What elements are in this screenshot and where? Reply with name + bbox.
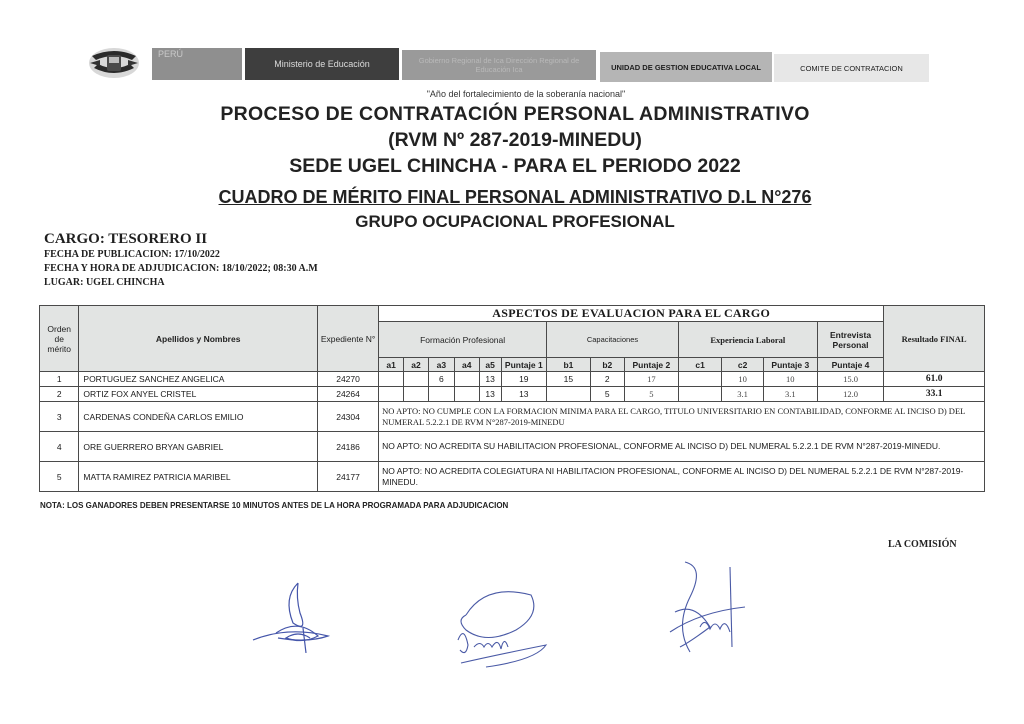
- expediente-cell: 24270: [317, 372, 378, 387]
- expediente-cell: 24264: [317, 387, 378, 402]
- score-b2-cell: 5: [590, 387, 624, 402]
- orden-cell: 5: [40, 462, 79, 492]
- table-body: 1PORTUGUEZ SANCHEZ ANGELICA2427061319152…: [40, 372, 985, 492]
- nota: NOTA: LOS GANADORES DEBEN PRESENTARSE 10…: [40, 501, 508, 510]
- cargo: CARGO: TESORERO II: [44, 230, 318, 248]
- table-row: 4ORE GUERRERO BRYAN GABRIEL24186NO APTO:…: [40, 432, 985, 462]
- title-line-2: (RVM Nº 287-2019-MINEDU): [190, 127, 840, 153]
- score-b1-cell: 15: [547, 372, 591, 387]
- final-cell: 61.0: [884, 372, 985, 387]
- subheader-c2: c2: [722, 358, 763, 372]
- observacion-cell: NO APTO: NO ACREDITA SU HABILITACION PRO…: [379, 432, 985, 462]
- header-banner: PERÚ Ministerio de Educación Gobierno Re…: [88, 46, 938, 84]
- comision-label: LA COMISIÓN: [888, 539, 957, 550]
- year-motto: "Año del fortalecimiento de la soberanía…: [0, 89, 1024, 99]
- table-row: 2ORTIZ FOX ANYEL CRISTEL242641313553.13.…: [40, 387, 985, 402]
- score-a5-cell: 13: [479, 387, 501, 402]
- score-p1-cell: 19: [501, 372, 547, 387]
- header-aspectos: ASPECTOS DE EVALUACION PARA EL CARGO: [379, 306, 884, 322]
- score-a2-cell: [404, 387, 429, 402]
- score-p4-cell: 12.0: [817, 387, 883, 402]
- score-p1-cell: 13: [501, 387, 547, 402]
- title-line-3: SEDE UGEL CHINCHA - PARA EL PERIODO 2022: [190, 153, 840, 179]
- orden-cell: 1: [40, 372, 79, 387]
- table-row: 1PORTUGUEZ SANCHEZ ANGELICA2427061319152…: [40, 372, 985, 387]
- table-row: 5MATTA RAMIREZ PATRICIA MARIBEL24177NO A…: [40, 462, 985, 492]
- score-p4-cell: 15.0: [817, 372, 883, 387]
- subheader-a2: a2: [404, 358, 429, 372]
- nombre-cell: CARDENAS CONDEÑA CARLOS EMILIO: [79, 402, 318, 432]
- header-formacion: Formación Profesional: [379, 322, 547, 358]
- subheader-puntaje-3: Puntaje 3: [763, 358, 817, 372]
- table-row: 3CARDENAS CONDEÑA CARLOS EMILIO24304NO A…: [40, 402, 985, 432]
- score-a3-cell: [428, 387, 454, 402]
- lugar: LUGAR: UGEL CHINCHA: [44, 276, 318, 290]
- subheader-puntaje-1: Puntaje 1: [501, 358, 547, 372]
- header-resultado: Resultado FINAL: [884, 306, 985, 372]
- signature-3-icon: [660, 557, 755, 657]
- subheader-a3: a3: [428, 358, 454, 372]
- document-titles: PROCESO DE CONTRATACIÓN PERSONAL ADMINIS…: [190, 101, 840, 233]
- subheader-puntaje-4: Puntaje 4: [817, 358, 883, 372]
- expediente-cell: 24304: [317, 402, 378, 432]
- subheader-c1: c1: [678, 358, 722, 372]
- subheader-b1: b1: [547, 358, 591, 372]
- merit-table: Orden de mérito Apellidos y Nombres Expe…: [39, 305, 985, 492]
- banner-ministerio: Ministerio de Educación: [245, 48, 399, 80]
- score-b2-cell: 2: [590, 372, 624, 387]
- score-a1-cell: [379, 387, 404, 402]
- expediente-cell: 24186: [317, 432, 378, 462]
- nombre-cell: ORE GUERRERO BRYAN GABRIEL: [79, 432, 318, 462]
- nombre-cell: PORTUGUEZ SANCHEZ ANGELICA: [79, 372, 318, 387]
- subheader-a4: a4: [454, 358, 479, 372]
- banner-peru: PERÚ: [152, 48, 242, 80]
- peru-coat-of-arms-icon: [88, 46, 140, 80]
- fecha-adjudicacion: FECHA Y HORA DE ADJUDICACION: 18/10/2022…: [44, 262, 318, 276]
- observacion-cell: NO APTO: NO CUMPLE CON LA FORMACION MINI…: [379, 402, 985, 432]
- title-line-4: CUADRO DE MÉRITO FINAL PERSONAL ADMINIST…: [190, 185, 840, 209]
- banner-comite: COMITE DE CONTRATACION: [774, 54, 929, 82]
- score-a3-cell: 6: [428, 372, 454, 387]
- banner-gobierno-regional: Gobierno Regional de Ica Dirección Regio…: [402, 50, 596, 80]
- header-orden: Orden de mérito: [40, 306, 79, 372]
- score-a2-cell: [404, 372, 429, 387]
- score-c1-cell: [678, 387, 722, 402]
- subheader-puntaje-2: Puntaje 2: [624, 358, 678, 372]
- expediente-cell: 24177: [317, 462, 378, 492]
- header-entrevista: Entrevista Personal: [817, 322, 883, 358]
- score-a4-cell: [454, 372, 479, 387]
- score-a5-cell: 13: [479, 372, 501, 387]
- header-expediente: Expediente N°: [317, 306, 378, 372]
- orden-cell: 3: [40, 402, 79, 432]
- header-nombres: Apellidos y Nombres: [79, 306, 318, 372]
- banner-ugel: UNIDAD DE GESTION EDUCATIVA LOCAL: [600, 52, 772, 82]
- header-capacitaciones: Capacitaciones: [547, 322, 679, 358]
- final-cell: 33.1: [884, 387, 985, 402]
- score-c1-cell: [678, 372, 722, 387]
- score-c2-cell: 10: [722, 372, 763, 387]
- position-info: CARGO: TESORERO II FECHA DE PUBLICACION:…: [44, 230, 318, 290]
- score-b1-cell: [547, 387, 591, 402]
- orden-cell: 4: [40, 432, 79, 462]
- subheader-a5: a5: [479, 358, 501, 372]
- subheader-a1: a1: [379, 358, 404, 372]
- nombre-cell: MATTA RAMIREZ PATRICIA MARIBEL: [79, 462, 318, 492]
- title-line-1: PROCESO DE CONTRATACIÓN PERSONAL ADMINIS…: [190, 101, 840, 127]
- nombre-cell: ORTIZ FOX ANYEL CRISTEL: [79, 387, 318, 402]
- subheader-b2: b2: [590, 358, 624, 372]
- score-p2-cell: 17: [624, 372, 678, 387]
- score-p2-cell: 5: [624, 387, 678, 402]
- header-experiencia: Experiencia Laboral: [678, 322, 817, 358]
- orden-cell: 2: [40, 387, 79, 402]
- score-a1-cell: [379, 372, 404, 387]
- signature-2-icon: [446, 585, 566, 670]
- observacion-cell: NO APTO: NO ACREDITA COLEGIATURA NI HABI…: [379, 462, 985, 492]
- signature-1-icon: [248, 578, 343, 653]
- score-a4-cell: [454, 387, 479, 402]
- score-p3-cell: 3.1: [763, 387, 817, 402]
- score-c2-cell: 3.1: [722, 387, 763, 402]
- fecha-publicacion: FECHA DE PUBLICACION: 17/10/2022: [44, 248, 318, 262]
- score-p3-cell: 10: [763, 372, 817, 387]
